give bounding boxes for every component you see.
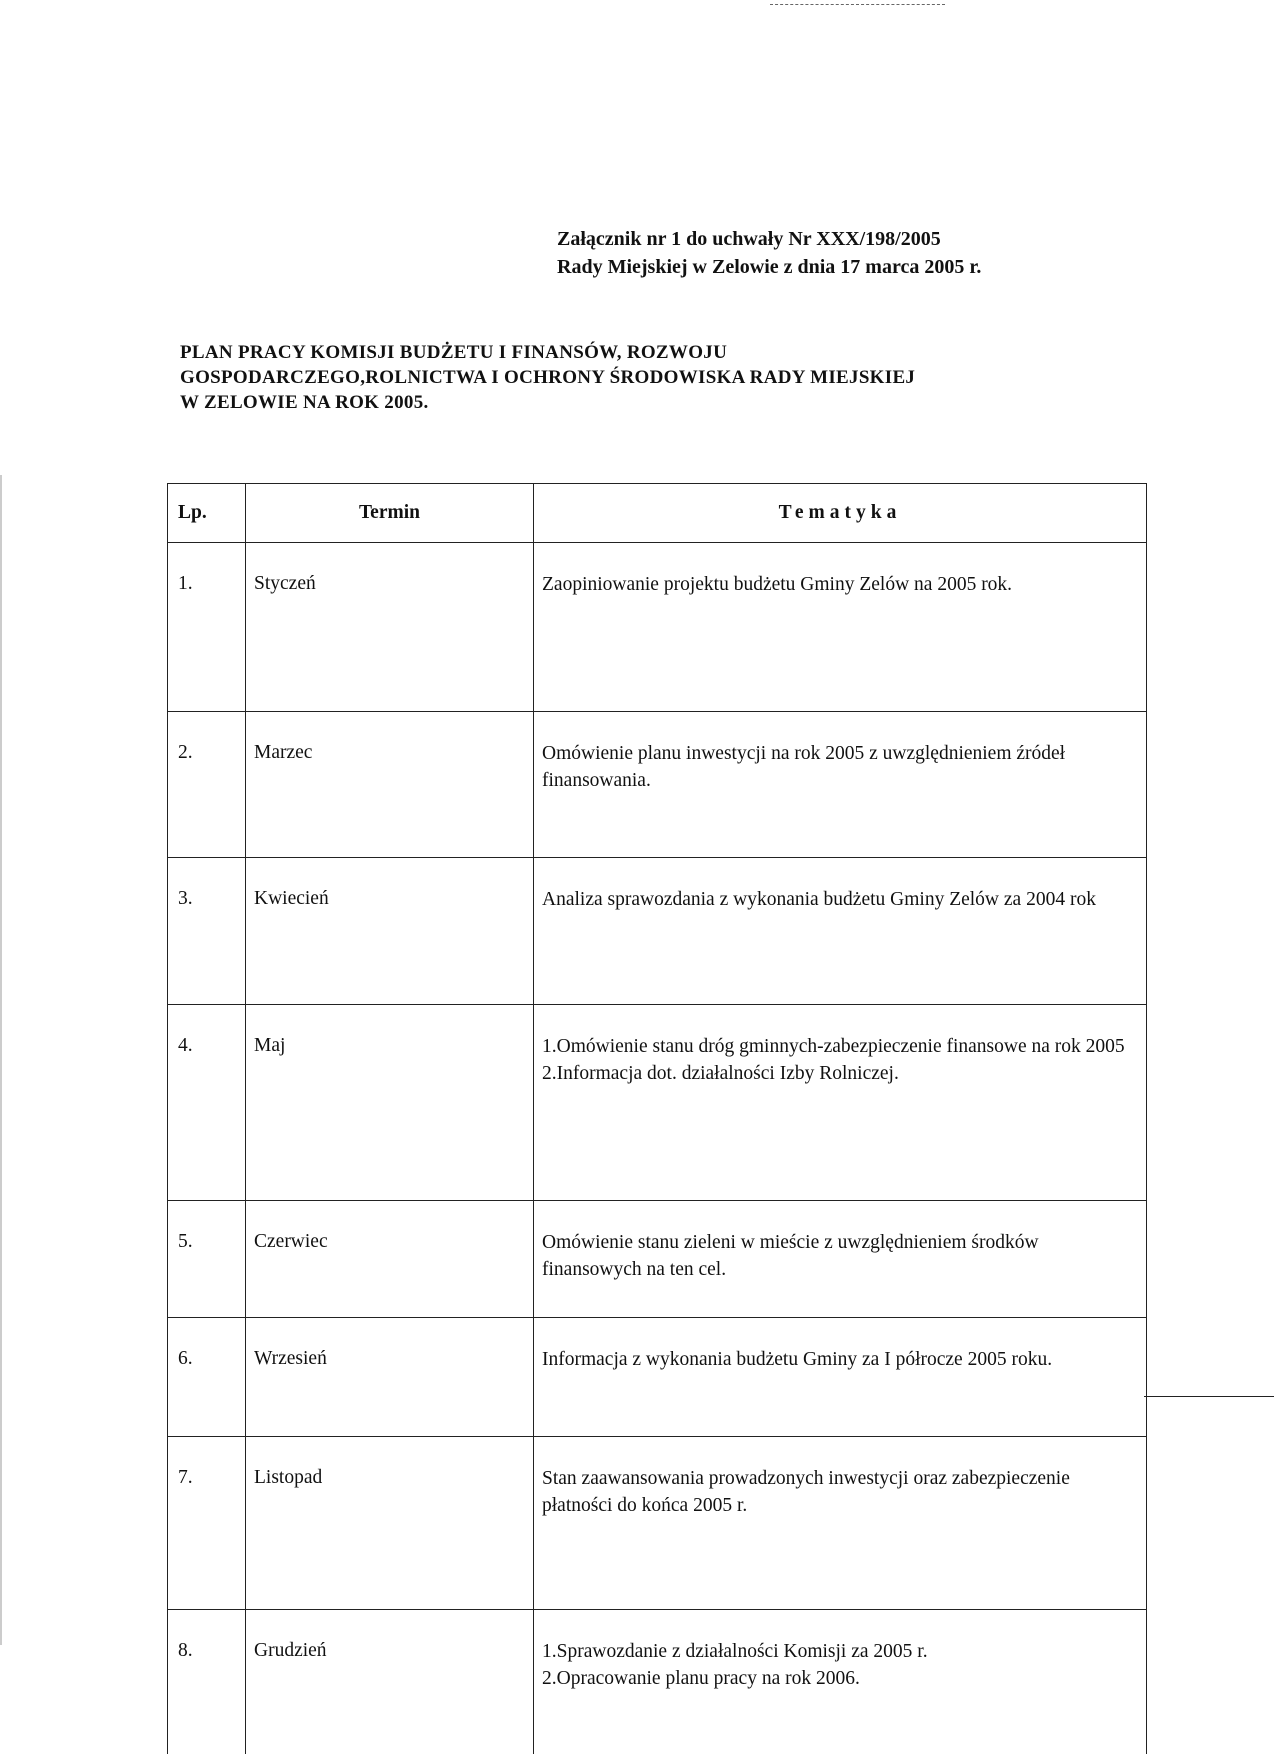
tematyka-item: 2.Opracowanie planu pracy na rok 2006. xyxy=(542,1665,1136,1692)
cell-termin: Kwiecień xyxy=(246,858,534,1005)
column-header-termin: Termin xyxy=(246,484,534,543)
table-row: 1.StyczeńZaopiniowanie projektu budżetu … xyxy=(168,543,1147,712)
table-row: 7.ListopadStan zaawansowania prowadzonyc… xyxy=(168,1437,1147,1610)
table-row: 2.MarzecOmówienie planu inwestycji na ro… xyxy=(168,712,1147,858)
scan-artifact-line xyxy=(770,4,945,5)
cell-tematyka: 1.Sprawozdanie z działalności Komisji za… xyxy=(534,1610,1147,1754)
cell-tematyka: Omówienie planu inwestycji na rok 2005 z… xyxy=(534,712,1147,858)
work-plan-table: Lp. Termin Tematyka 1.StyczeńZaopiniowan… xyxy=(167,483,1147,1754)
column-header-lp: Lp. xyxy=(168,484,246,543)
column-header-tematyka: Tematyka xyxy=(534,484,1147,543)
table-row: 8.Grudzień1.Sprawozdanie z działalności … xyxy=(168,1610,1147,1754)
cell-tematyka: Stan zaawansowania prowadzonych inwestyc… xyxy=(534,1437,1147,1610)
cell-termin: Czerwiec xyxy=(246,1201,534,1318)
tematyka-item: Stan zaawansowania prowadzonych inwestyc… xyxy=(542,1465,1136,1519)
tematyka-item: Omówienie planu inwestycji na rok 2005 z… xyxy=(542,740,1136,794)
cell-termin: Wrzesień xyxy=(246,1318,534,1437)
table-header-row: Lp. Termin Tematyka xyxy=(168,484,1147,543)
cell-termin: Marzec xyxy=(246,712,534,858)
table-row: 6.WrzesieńInformacja z wykonania budżetu… xyxy=(168,1318,1147,1437)
table-row: 3.KwiecieńAnaliza sprawozdania z wykonan… xyxy=(168,858,1147,1005)
cell-lp: 1. xyxy=(168,543,246,712)
tematyka-item: 1.Sprawozdanie z działalności Komisji za… xyxy=(542,1638,1136,1665)
cell-tematyka: Zaopiniowanie projektu budżetu Gminy Zel… xyxy=(534,543,1147,712)
tematyka-item: Analiza sprawozdania z wykonania budżetu… xyxy=(542,886,1136,913)
cell-lp: 3. xyxy=(168,858,246,1005)
tematyka-item: Informacja z wykonania budżetu Gminy za … xyxy=(542,1346,1136,1373)
cell-termin: Listopad xyxy=(246,1437,534,1610)
cell-lp: 2. xyxy=(168,712,246,858)
tematyka-item: 1.Omówienie stanu dróg gminnych-zabezpie… xyxy=(542,1033,1136,1060)
cell-tematyka: Analiza sprawozdania z wykonania budżetu… xyxy=(534,858,1147,1005)
tematyka-item: Zaopiniowanie projektu budżetu Gminy Zel… xyxy=(542,571,1136,598)
cell-termin: Maj xyxy=(246,1005,534,1201)
title-line-2: GOSPODARCZEGO,ROLNICTWA I OCHRONY ŚRODOW… xyxy=(180,365,1120,390)
header-line-1: Załącznik nr 1 do uchwały Nr XXX/198/200… xyxy=(557,225,981,253)
cell-termin: Styczeń xyxy=(246,543,534,712)
tematyka-item: Omówienie stanu zieleni w mieście z uwzg… xyxy=(542,1229,1136,1283)
title-line-1: PLAN PRACY KOMISJI BUDŻETU I FINANSÓW, R… xyxy=(180,340,1120,365)
header-line-2: Rady Miejskiej w Zelowie z dnia 17 marca… xyxy=(557,253,981,281)
document-header: Załącznik nr 1 do uchwały Nr XXX/198/200… xyxy=(557,225,981,281)
document-title: PLAN PRACY KOMISJI BUDŻETU I FINANSÓW, R… xyxy=(180,340,1120,415)
cell-tematyka: Informacja z wykonania budżetu Gminy za … xyxy=(534,1318,1147,1437)
title-line-3: W ZELOWIE NA ROK 2005. xyxy=(180,390,1120,415)
tematyka-item: 2.Informacja dot. działalności Izby Roln… xyxy=(542,1060,1136,1087)
cell-termin: Grudzień xyxy=(246,1610,534,1754)
table-row: 5.CzerwiecOmówienie stanu zieleni w mieś… xyxy=(168,1201,1147,1318)
cell-tematyka: 1.Omówienie stanu dróg gminnych-zabezpie… xyxy=(534,1005,1147,1201)
cell-lp: 4. xyxy=(168,1005,246,1201)
scan-artifact-line xyxy=(1144,1396,1274,1397)
cell-tematyka: Omówienie stanu zieleni w mieście z uwzg… xyxy=(534,1201,1147,1318)
cell-lp: 7. xyxy=(168,1437,246,1610)
cell-lp: 6. xyxy=(168,1318,246,1437)
table-row: 4.Maj1.Omówienie stanu dróg gminnych-zab… xyxy=(168,1005,1147,1201)
cell-lp: 8. xyxy=(168,1610,246,1754)
cell-lp: 5. xyxy=(168,1201,246,1318)
scan-edge-mark xyxy=(0,475,2,1645)
